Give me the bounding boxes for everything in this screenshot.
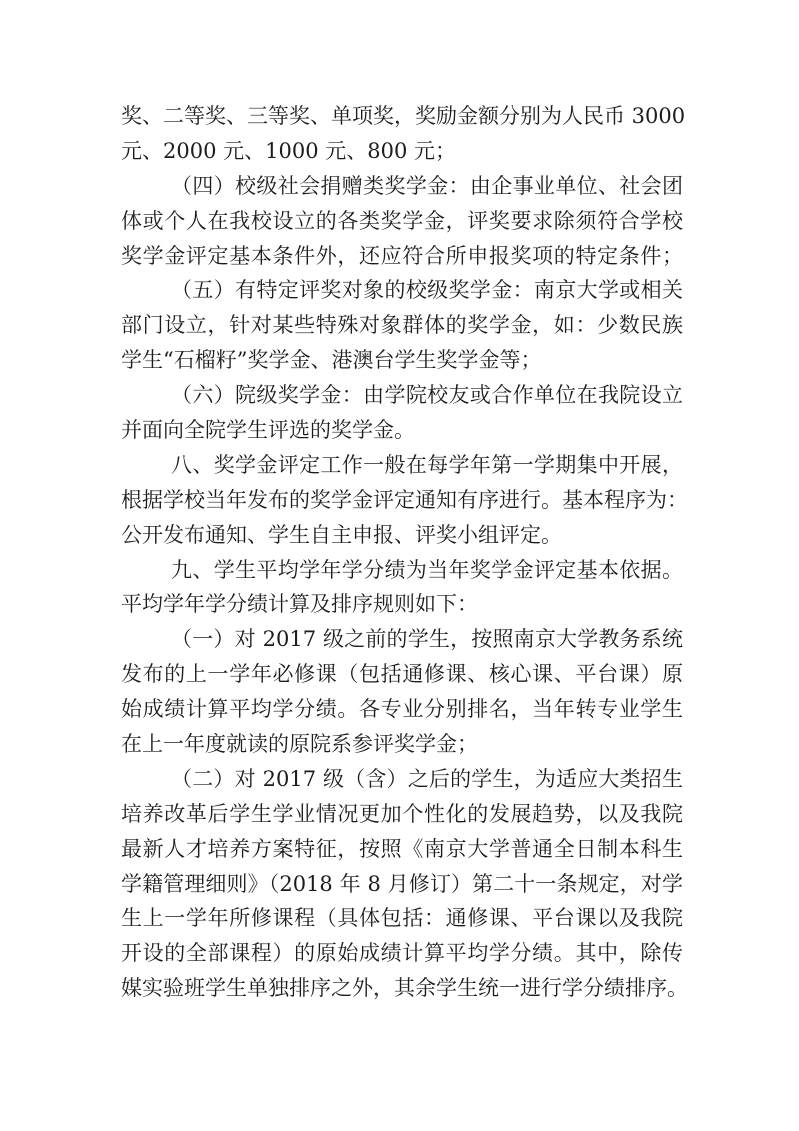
paragraph-6-start: （六）院级奖学金：由学院校友或合作单位在我院设立 [121, 378, 683, 413]
paragraph-4-start: （四）校级社会捐赠类奖学金：由企事业单位、社会团 [121, 169, 683, 204]
text-line: 部门设立，针对某些特殊对象群体的奖学金，如：少数民族 [121, 308, 683, 343]
text-line: 平均学年学分绩计算及排序规则如下： [121, 587, 683, 622]
document-body: 奖、二等奖、三等奖、单项奖，奖励金额分别为人民币 3000 元、2000 元、1… [121, 99, 683, 1006]
text-line: 在上一年度就读的原院系参评奖学金； [121, 727, 683, 762]
text-line: 培养改革后学生学业情况更加个性化的发展趋势，以及我院 [121, 797, 683, 832]
text-line: 公开发布通知、学生自主申报、评奖小组评定。 [121, 518, 683, 553]
text-line: 元、2000 元、1000 元、800 元； [121, 134, 683, 169]
text-line: 学生“石榴籽”奖学金、港澳台学生奖学金等； [121, 343, 683, 378]
text-line: 生上一学年所修课程（具体包括：通修课、平台课以及我院 [121, 901, 683, 936]
text-line: 始成绩计算平均学分绩。各专业分别排名，当年转专业学生 [121, 692, 683, 727]
paragraph-5-start: （五）有特定评奖对象的校级奖学金：南京大学或相关 [121, 273, 683, 308]
text-line: 体或个人在我校设立的各类奖学金，评奖要求除须符合学校 [121, 204, 683, 239]
text-line: 学籍管理细则》（2018 年 8 月修订）第二十一条规定，对学 [121, 867, 683, 902]
text-line: 并面向全院学生评选的奖学金。 [121, 413, 683, 448]
text-line: 媒实验班学生单独排序之外，其余学生统一进行学分绩排序。 [121, 971, 683, 1006]
text-line: 奖、二等奖、三等奖、单项奖，奖励金额分别为人民币 3000 [121, 99, 683, 134]
rule-1-start: （一）对 2017 级之前的学生，按照南京大学教务系统 [121, 622, 683, 657]
section-9-start: 九、学生平均学年学分绩为当年奖学金评定基本依据。 [121, 553, 683, 588]
text-line: 最新人才培养方案特征，按照《南京大学普通全日制本科生 [121, 832, 683, 867]
section-8-start: 八、奖学金评定工作一般在每学年第一学期集中开展， [121, 448, 683, 483]
document-page: 奖、二等奖、三等奖、单项奖，奖励金额分别为人民币 3000 元、2000 元、1… [0, 0, 799, 1131]
rule-2-start: （二）对 2017 级（含）之后的学生，为适应大类招生 [121, 762, 683, 797]
text-line: 根据学校当年发布的奖学金评定通知有序进行。基本程序为： [121, 483, 683, 518]
text-line: 奖学金评定基本条件外，还应符合所申报奖项的特定条件； [121, 239, 683, 274]
text-line: 开设的全部课程）的原始成绩计算平均学分绩。其中，除传 [121, 936, 683, 971]
text-line: 发布的上一学年必修课（包括通修课、核心课、平台课）原 [121, 657, 683, 692]
